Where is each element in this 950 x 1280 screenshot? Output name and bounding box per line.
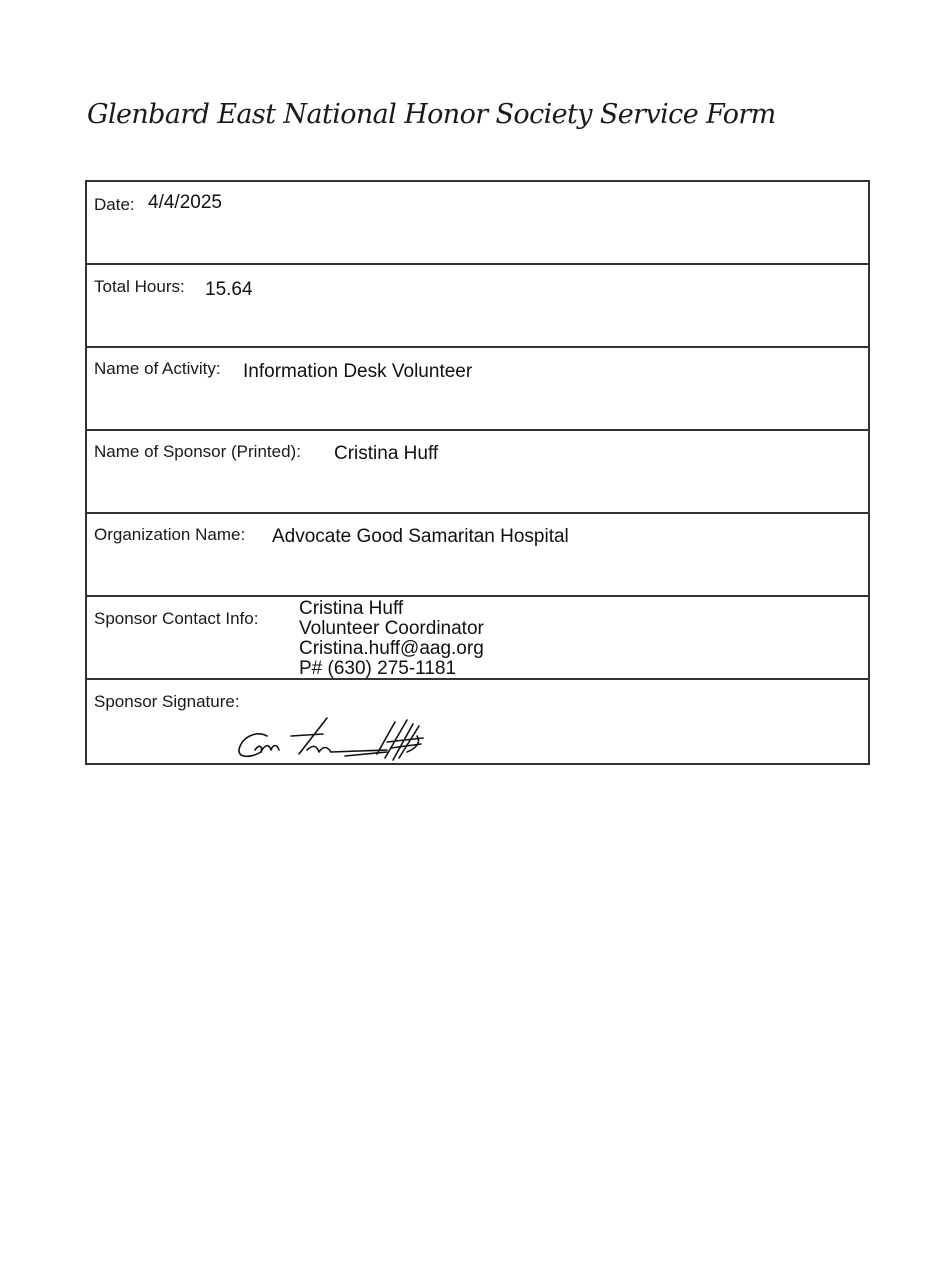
activity-row: Name of Activity: Information Desk Volun…: [87, 348, 868, 431]
activity-value: Information Desk Volunteer: [243, 361, 472, 383]
signature-icon: [237, 714, 427, 762]
form-title: Glenbard East National Honor Society Ser…: [87, 99, 776, 130]
total-hours-row: Total Hours: 15.64: [87, 265, 868, 348]
sponsor-signature-label: Sponsor Signature:: [94, 692, 240, 712]
date-label: Date:: [94, 195, 135, 215]
total-hours-label: Total Hours:: [94, 277, 185, 297]
sponsor-contact-row: Sponsor Contact Info: Cristina Huff Volu…: [87, 597, 868, 680]
service-form-table: Date: 4/4/2025 Total Hours: 15.64 Name o…: [85, 180, 870, 765]
date-value: 4/4/2025: [148, 192, 222, 214]
sponsor-contact-value: Cristina Huff Volunteer Coordinator Cris…: [299, 599, 484, 679]
sponsor-name-value: Cristina Huff: [334, 443, 438, 465]
date-row: Date: 4/4/2025: [87, 182, 868, 265]
contact-title: Volunteer Coordinator: [299, 619, 484, 639]
activity-label: Name of Activity:: [94, 359, 221, 379]
total-hours-value: 15.64: [205, 279, 253, 301]
sponsor-name-label: Name of Sponsor (Printed):: [94, 442, 301, 462]
organization-label: Organization Name:: [94, 525, 245, 545]
sponsor-signature-row: Sponsor Signature:: [87, 680, 868, 763]
organization-value: Advocate Good Samaritan Hospital: [272, 526, 569, 548]
contact-name: Cristina Huff: [299, 599, 484, 619]
organization-row: Organization Name: Advocate Good Samarit…: [87, 514, 868, 597]
contact-email: Cristina.huff@aag.org: [299, 639, 484, 659]
sponsor-name-row: Name of Sponsor (Printed): Cristina Huff: [87, 431, 868, 514]
contact-phone: P# (630) 275-1181: [299, 659, 484, 679]
sponsor-contact-label: Sponsor Contact Info:: [94, 609, 258, 629]
